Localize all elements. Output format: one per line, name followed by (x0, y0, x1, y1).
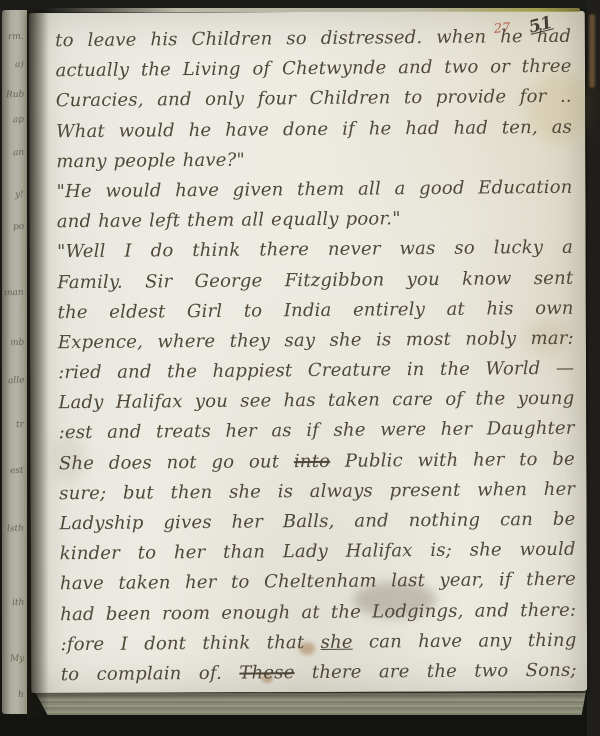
manuscript-line: :fore I dont think that she can have any… (60, 625, 576, 660)
manuscript-line: Lady Halifax you see has taken care of t… (58, 384, 574, 419)
struck-word: into (294, 450, 330, 471)
margin-fragment: rm. (8, 32, 24, 43)
line-segment: She does not go out (59, 451, 294, 474)
book-right-edge (587, 0, 600, 736)
margin-fragment: h (18, 690, 24, 700)
manuscript-line: Expence, where they say she is most nobl… (58, 324, 574, 359)
manuscript-line: What would he have done if he had had te… (56, 112, 572, 147)
manuscript-line: kinder to her than Lady Halifax is; she … (60, 535, 576, 570)
margin-fragment: mb (10, 338, 25, 348)
line-segment: to complain of. (61, 663, 240, 686)
margin-fragment: y! (15, 190, 24, 200)
line-segment: there are the two Sons; (294, 660, 576, 683)
manuscript-line: Curacies, and only four Children to prov… (56, 82, 572, 117)
margin-fragment: a) (15, 60, 24, 70)
line-segment: can have any thing (353, 629, 577, 652)
binding-edge-streak (589, 14, 595, 88)
manuscript-page: 27 51 to leave his Children so distresse… (29, 11, 587, 693)
manuscript-line: :est and treats her as if she were her D… (59, 414, 575, 449)
margin-fragment: Rub (5, 90, 24, 101)
underlined-word: she (321, 631, 353, 652)
manuscript-line: "He would have given them all a good Edu… (56, 173, 572, 208)
margin-fragment: man (4, 288, 24, 299)
manuscript-line: actually the Living of Chetwynde and two… (55, 52, 571, 87)
margin-fragment: est (10, 466, 24, 476)
manuscript-line: the eldest Girl to India entirely at his… (57, 293, 573, 328)
line-segment: Public with her to be (330, 448, 575, 471)
manuscript-line: have taken her to Cheltenham last year, … (60, 565, 576, 600)
manuscript-line: to leave his Children so distressed. whe… (55, 22, 571, 57)
margin-fragment: alle (7, 376, 24, 387)
manuscript-line: Ladyship gives her Balls, and nothing ca… (59, 505, 575, 540)
manuscript-line: Family. Sir George Fitzgibbon you know s… (57, 263, 573, 298)
manuscript-line: and have left them all equally poor." (57, 203, 573, 238)
manuscript-line: "Well I do think there never was so luck… (57, 233, 573, 268)
page-top-edge (44, 8, 580, 12)
margin-fragment: an (13, 148, 25, 158)
struck-word: These (239, 662, 294, 683)
margin-fragment: ith (12, 598, 25, 608)
manuscript-line: sure; but then she is always present whe… (59, 475, 575, 510)
margin-fragment: lsth (7, 524, 24, 535)
line-segment: :fore I dont think that (60, 632, 320, 655)
photograph-background: rm. a) Rub ap an y! po man mb alle tr es… (0, 0, 600, 736)
manuscript-line: :ried and the happiest Creature in the W… (58, 354, 574, 389)
manuscript-text: to leave his Children so distressed. whe… (55, 22, 577, 691)
manuscript-line: many people have?" (56, 142, 572, 177)
manuscript-line: to complain of. These there are the two … (61, 656, 577, 691)
margin-fragment: po (13, 222, 25, 232)
manuscript-line: had been room enough at the Lodgings, an… (60, 595, 576, 630)
manuscript-line: She does not go out into Public with her… (59, 444, 575, 479)
book-fore-edge (28, 691, 586, 715)
margin-fragment: ap (13, 115, 24, 125)
margin-fragment: My (10, 654, 25, 664)
facing-page-sliver: rm. a) Rub ap an y! po man mb alle tr es… (2, 10, 27, 714)
margin-fragment: tr (16, 420, 24, 430)
